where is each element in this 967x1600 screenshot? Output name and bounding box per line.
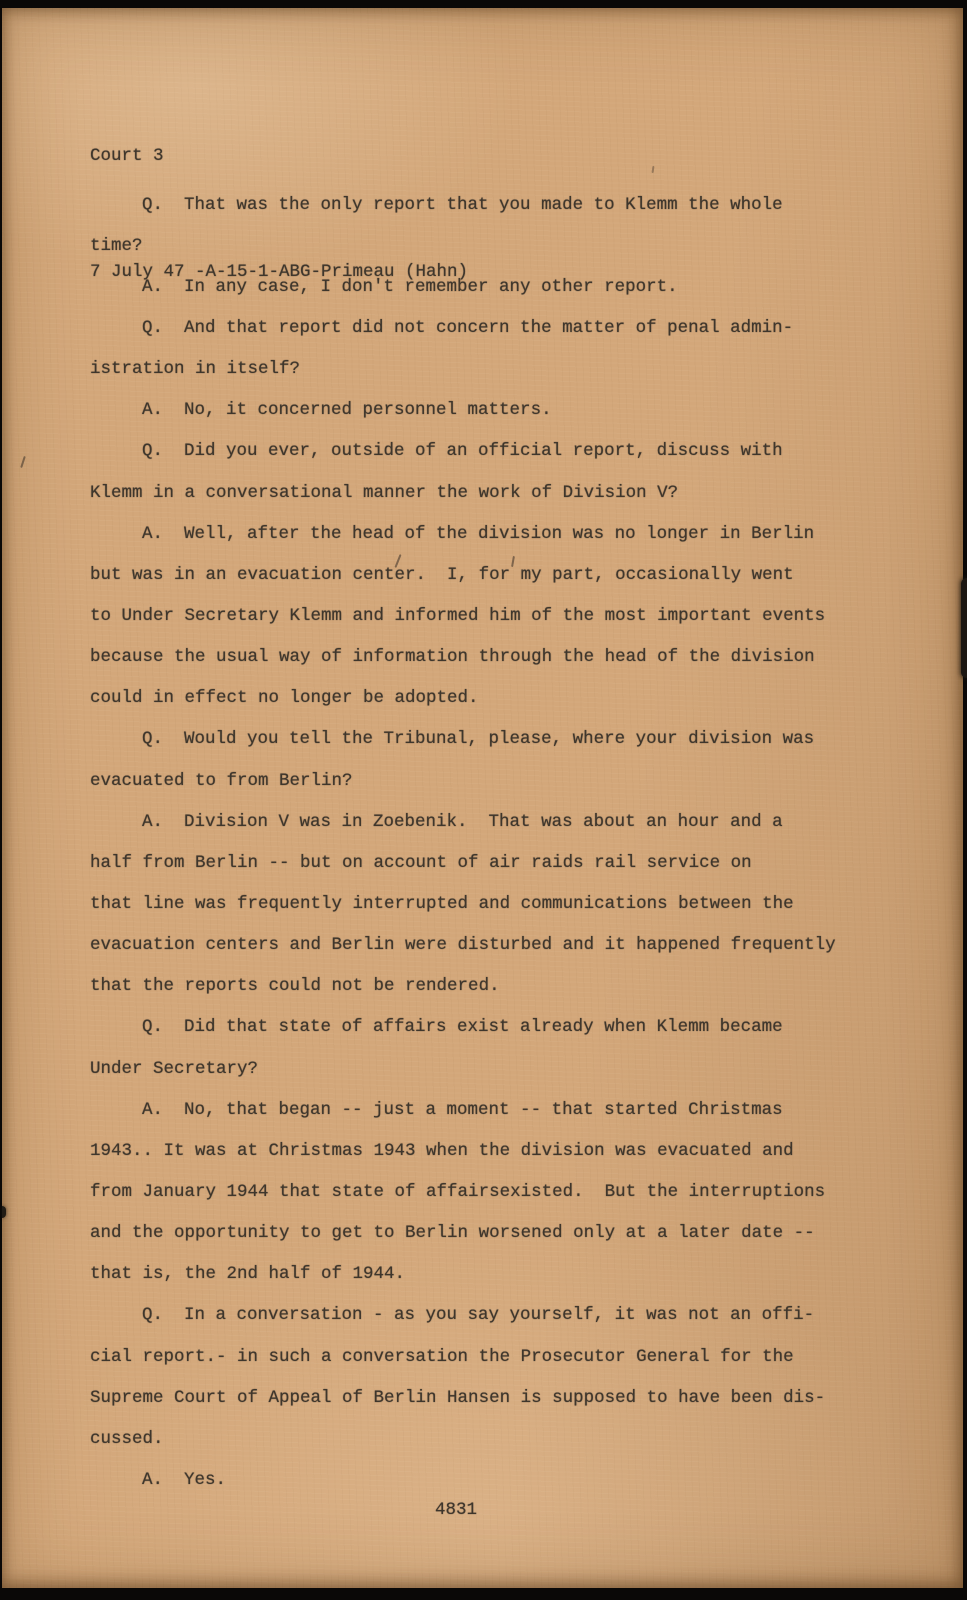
scan-speck (20, 456, 26, 468)
transcript-line: A. Well, after the head of the division … (90, 513, 890, 554)
scan-artifact-right-edge (961, 578, 967, 678)
transcript-line: Q. And that report did not concern the m… (90, 307, 890, 348)
transcript-line: that the reports could not be rendered. (90, 966, 890, 1007)
transcript-line: time? (90, 225, 890, 266)
transcript-line: that is, the 2nd half of 1944. (90, 1254, 890, 1295)
transcript-line: 1943.. It was at Christmas 1943 when the… (90, 1130, 890, 1171)
transcript-line: A. Division V was in Zoebenik. That was … (90, 801, 890, 842)
transcript-line: and the opportunity to get to Berlin wor… (90, 1213, 890, 1254)
transcript-line: Supreme Court of Appeal of Berlin Hansen… (90, 1377, 890, 1418)
transcript-line: Under Secretary? (90, 1048, 890, 1089)
transcript-line: but was in an evacuation center. I, for … (90, 554, 890, 595)
court-line: Court 3 (90, 137, 468, 176)
transcript-line: Q. In a conversation - as you say yourse… (90, 1295, 890, 1336)
transcript-line: Q. Did that state of affairs exist alrea… (90, 1007, 890, 1048)
paper-sheet: Court 3 7 July 47 -A-15-1-ABG-Primeau (H… (2, 8, 963, 1588)
transcript-line: A. In any case, I don't remember any oth… (90, 266, 890, 307)
transcript-line: Klemm in a conversational manner the wor… (90, 472, 890, 513)
scan-artifact-left-edge (2, 1206, 6, 1218)
scan-speck (652, 166, 655, 173)
transcript-line: half from Berlin -- but on account of ai… (90, 842, 890, 883)
page-number: 4831 (435, 1500, 477, 1520)
transcript-body: Q. That was the only report that you mad… (90, 184, 890, 1501)
transcript-line: that line was frequently interrupted and… (90, 883, 890, 924)
transcript-line: from January 1944 that state of affairse… (90, 1171, 890, 1212)
transcript-line: cussed. (90, 1418, 890, 1459)
transcript-line: evacuation centers and Berlin were distu… (90, 925, 890, 966)
transcript-line: Q. That was the only report that you mad… (90, 184, 890, 225)
transcript-line: cial report.- in such a conversation the… (90, 1336, 890, 1377)
scanned-transcript-page: Court 3 7 July 47 -A-15-1-ABG-Primeau (H… (0, 0, 967, 1600)
transcript-line: evacuated to from Berlin? (90, 760, 890, 801)
transcript-line: A. Yes. (90, 1459, 890, 1500)
transcript-line: istration in itself? (90, 349, 890, 390)
transcript-line: A. No, it concerned personnel matters. (90, 390, 890, 431)
transcript-line: A. No, that began -- just a moment -- th… (90, 1089, 890, 1130)
transcript-line: Q. Did you ever, outside of an official … (90, 431, 890, 472)
transcript-line: to Under Secretary Klemm and informed hi… (90, 595, 890, 636)
transcript-line: because the usual way of information thr… (90, 637, 890, 678)
transcript-line: could in effect no longer be adopted. (90, 678, 890, 719)
transcript-line: Q. Would you tell the Tribunal, please, … (90, 719, 890, 760)
